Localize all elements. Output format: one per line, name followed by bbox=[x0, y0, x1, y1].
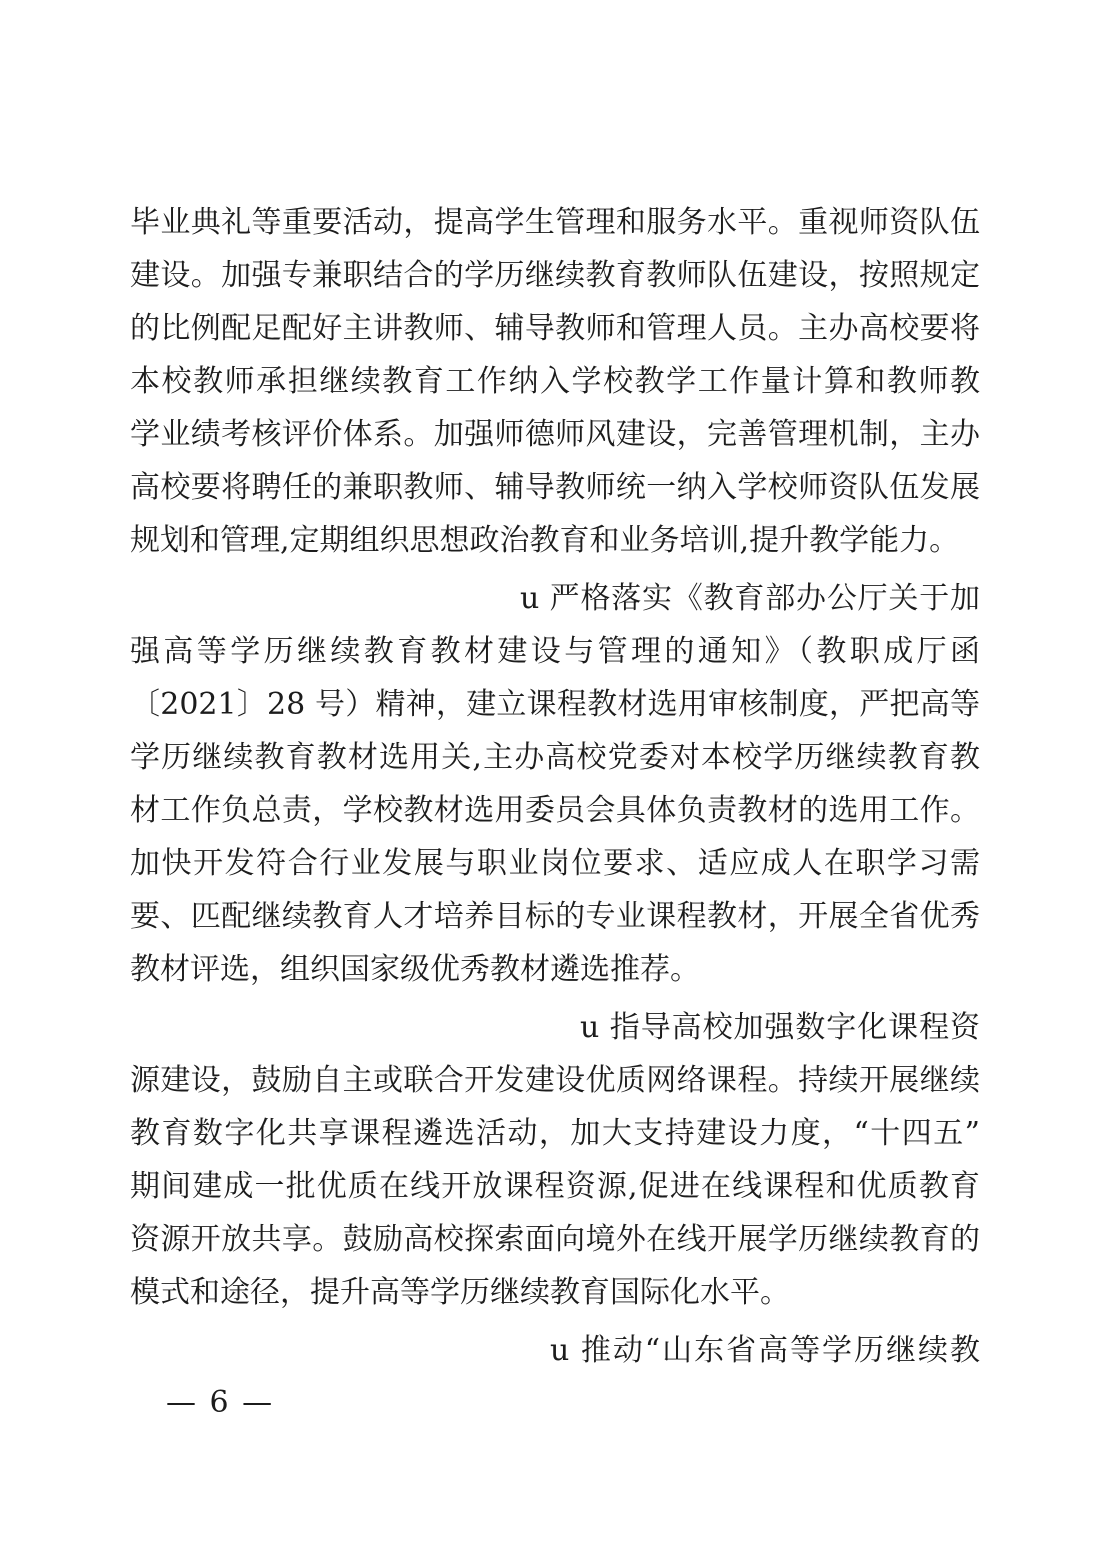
text-line: 源建设，鼓励自主或联合开发建设优质网络课程。持续开展继续 bbox=[130, 1054, 980, 1107]
text-line-bullet: u 严格落实《教育部办公厅关于加 bbox=[130, 572, 980, 625]
text-line: 学历继续教育教材选用关,主办高校党委对本校学历继续教育教 bbox=[130, 731, 980, 784]
text-line: 模式和途径，提升高等学历继续教育国际化水平。 bbox=[130, 1266, 980, 1319]
text-line: 规划和管理,定期组织思想政治教育和业务培训,提升教学能力。 bbox=[130, 514, 980, 567]
text-line: 〔2021〕28 号）精神，建立课程教材选用审核制度，严把高等 bbox=[130, 678, 980, 731]
text-line: 强高等学历继续教育教材建设与管理的通知》（教职成厅函 bbox=[130, 625, 980, 678]
text-line-bullet: u 指导高校加强数字化课程资 bbox=[130, 1001, 980, 1054]
text-line: 建设。加强专兼职结合的学历继续教育教师队伍建设，按照规定 bbox=[130, 249, 980, 302]
text-line: 教材评选，组织国家级优秀教材遴选推荐。 bbox=[130, 943, 980, 996]
text-line: 加快开发符合行业发展与职业岗位要求、适应成人在职学习需 bbox=[130, 837, 980, 890]
body-text: 毕业典礼等重要活动，提高学生管理和服务水平。重视师资队伍 建设。加强专兼职结合的… bbox=[130, 196, 980, 1377]
text-line: 期间建成一批优质在线开放课程资源,促进在线课程和优质教育 bbox=[130, 1160, 980, 1213]
text-line: 教育数字化共享课程遴选活动，加大支持建设力度，“十四五” bbox=[130, 1107, 980, 1160]
text-line: 高校要将聘任的兼职教师、辅导教师统一纳入学校师资队伍发展 bbox=[130, 461, 980, 514]
text-line: 本校教师承担继续教育工作纳入学校教学工作量计算和教师教 bbox=[130, 355, 980, 408]
text-line: 学业绩考核评价体系。加强师德师风建设，完善管理机制，主办 bbox=[130, 408, 980, 461]
page-number: — 6 — bbox=[166, 1379, 274, 1427]
text-line: 毕业典礼等重要活动，提高学生管理和服务水平。重视师资队伍 bbox=[130, 196, 980, 249]
text-line: 资源开放共享。鼓励高校探索面向境外在线开展学历继续教育的 bbox=[130, 1213, 980, 1266]
text-line: 材工作负总责，学校教材选用委员会具体负责教材的选用工作。 bbox=[130, 784, 980, 837]
text-line: 要、匹配继续教育人才培养目标的专业课程教材，开展全省优秀 bbox=[130, 890, 980, 943]
document-page: 毕业典礼等重要活动，提高学生管理和服务水平。重视师资队伍 建设。加强专兼职结合的… bbox=[0, 0, 1102, 1559]
text-line-bullet: u 推动“山东省高等学历继续教 bbox=[130, 1324, 980, 1377]
text-line: 的比例配足配好主讲教师、辅导教师和管理人员。主办高校要将 bbox=[130, 302, 980, 355]
